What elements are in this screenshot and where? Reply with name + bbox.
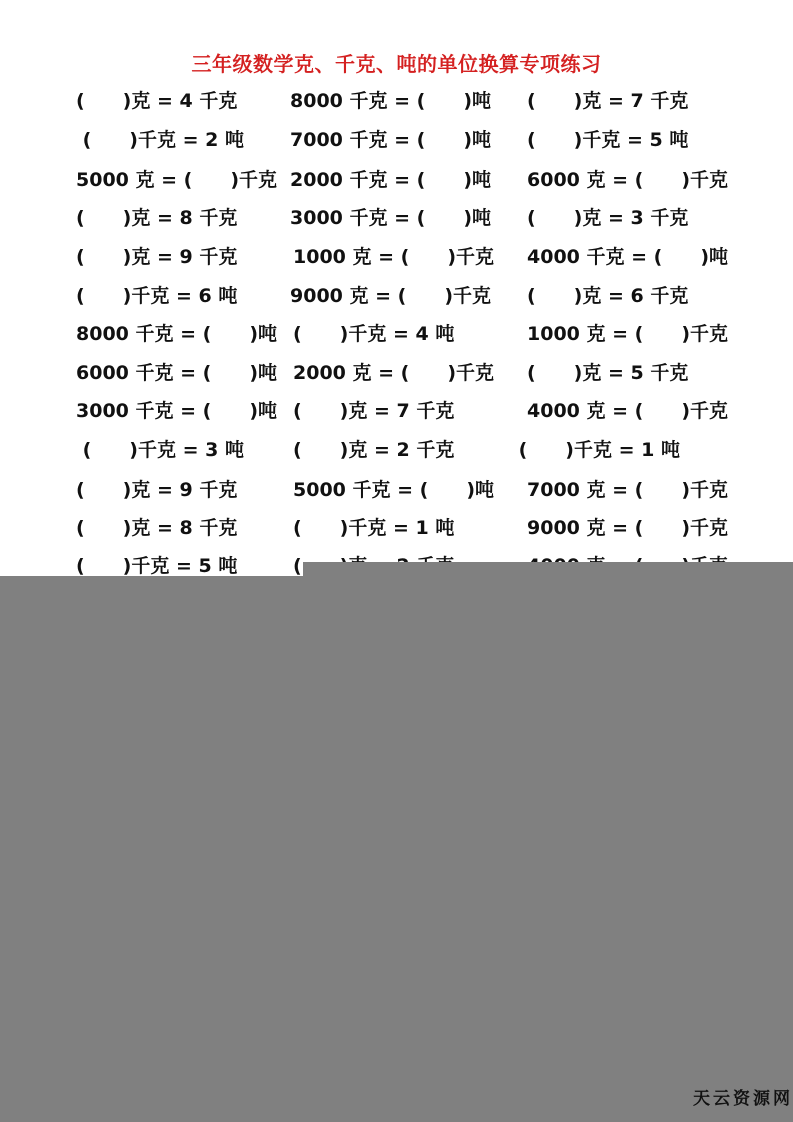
exercise-item: ( )千克 = 5 吨 — [527, 125, 688, 155]
exercise-item: ( )克 = 3 千克 — [527, 203, 688, 233]
exercise-item: ( )千克 = 3 吨 — [76, 435, 244, 465]
exercise-item: 8000 千克 = ( )吨 — [76, 319, 277, 349]
exercise-row: ( )克 = 9 千克 1000 克 = ( )千克 4000 千克 = ( )… — [0, 242, 793, 272]
exercise-item: 3000 千克 = ( )吨 — [290, 203, 491, 233]
exercise-item: 5000 克 = ( )千克 — [76, 165, 277, 195]
exercise-item: ( )千克 = 2 吨 — [76, 125, 244, 155]
exercise-item: 4000 克 = ( )千克 — [527, 396, 728, 426]
exercise-row: ( )千克 = 2 吨 7000 千克 = ( )吨 ( )千克 = 5 吨 — [0, 125, 793, 155]
exercise-item: ( )千克 = 6 吨 — [76, 281, 237, 311]
exercise-item: 1000 克 = ( )千克 — [293, 242, 494, 272]
exercise-item: 9000 克 = ( )千克 — [290, 281, 491, 311]
exercise-item: ( )克 = 6 千克 — [527, 281, 688, 311]
exercise-row: 8000 千克 = ( )吨 ( )千克 = 4 吨 1000 克 = ( )千… — [0, 319, 793, 349]
exercise-item: ( )克 = 9 千克 — [76, 475, 237, 505]
exercise-row: ( )克 = 8 千克 ( )千克 = 1 吨 9000 克 = ( )千克 — [0, 513, 793, 543]
exercise-item: ( )克 = 2 千克 — [293, 435, 454, 465]
exercise-item: 6000 千克 = ( )吨 — [76, 358, 277, 388]
exercise-item: ( )克 = 7 千克 — [527, 86, 688, 116]
exercise-row: ( )克 = 4 千克 8000 千克 = ( )吨 ( )克 = 7 千克 — [0, 86, 793, 116]
exercise-item: ( )千克 = 4 吨 — [293, 319, 454, 349]
exercise-row: 6000 千克 = ( )吨 2000 克 = ( )千克 ( )克 = 5 千… — [0, 358, 793, 388]
exercise-item: 7000 克 = ( )千克 — [527, 475, 728, 505]
exercise-item: 5000 千克 = ( )吨 — [293, 475, 494, 505]
exercise-row: ( )千克 = 6 吨 9000 克 = ( )千克 ( )克 = 6 千克 — [0, 281, 793, 311]
preview-mask-overlay — [0, 576, 793, 1122]
exercise-item: ( )克 = 9 千克 — [76, 242, 237, 272]
exercise-item: ( )克 = 4 千克 — [76, 86, 237, 116]
exercise-item: 2000 克 = ( )千克 — [293, 358, 494, 388]
exercise-item: ( )克 = 8 千克 — [76, 203, 237, 233]
exercise-row: ( )克 = 8 千克 3000 千克 = ( )吨 ( )克 = 3 千克 — [0, 203, 793, 233]
exercise-item: 1000 克 = ( )千克 — [527, 319, 728, 349]
exercise-item: ( )克 = 5 千克 — [527, 358, 688, 388]
exercise-row: ( )克 = 9 千克 5000 千克 = ( )吨 7000 克 = ( )千… — [0, 475, 793, 505]
exercise-row: 5000 克 = ( )千克 2000 千克 = ( )吨 6000 克 = (… — [0, 165, 793, 195]
exercise-item: 3000 千克 = ( )吨 — [76, 396, 277, 426]
exercise-row: ( )千克 = 3 吨 ( )克 = 2 千克 ( )千克 = 1 吨 — [0, 435, 793, 465]
exercise-item: ( )千克 = 1 吨 — [512, 435, 680, 465]
exercise-row: 3000 千克 = ( )吨 ( )克 = 7 千克 4000 克 = ( )千… — [0, 396, 793, 426]
exercise-item: 6000 克 = ( )千克 — [527, 165, 728, 195]
exercise-item: 9000 克 = ( )千克 — [527, 513, 728, 543]
page-title: 三年级数学克、千克、吨的单位换算专项练习 — [0, 48, 793, 77]
exercise-item: ( )千克 = 1 吨 — [293, 513, 454, 543]
exercise-item: 7000 千克 = ( )吨 — [290, 125, 491, 155]
exercise-item: 8000 千克 = ( )吨 — [290, 86, 491, 116]
exercise-item: ( )克 = 7 千克 — [293, 396, 454, 426]
watermark-label: 天云资源网 — [693, 1084, 793, 1109]
exercise-item: ( )克 = 8 千克 — [76, 513, 237, 543]
exercise-item: 2000 千克 = ( )吨 — [290, 165, 491, 195]
exercise-item: 4000 千克 = ( )吨 — [527, 242, 728, 272]
